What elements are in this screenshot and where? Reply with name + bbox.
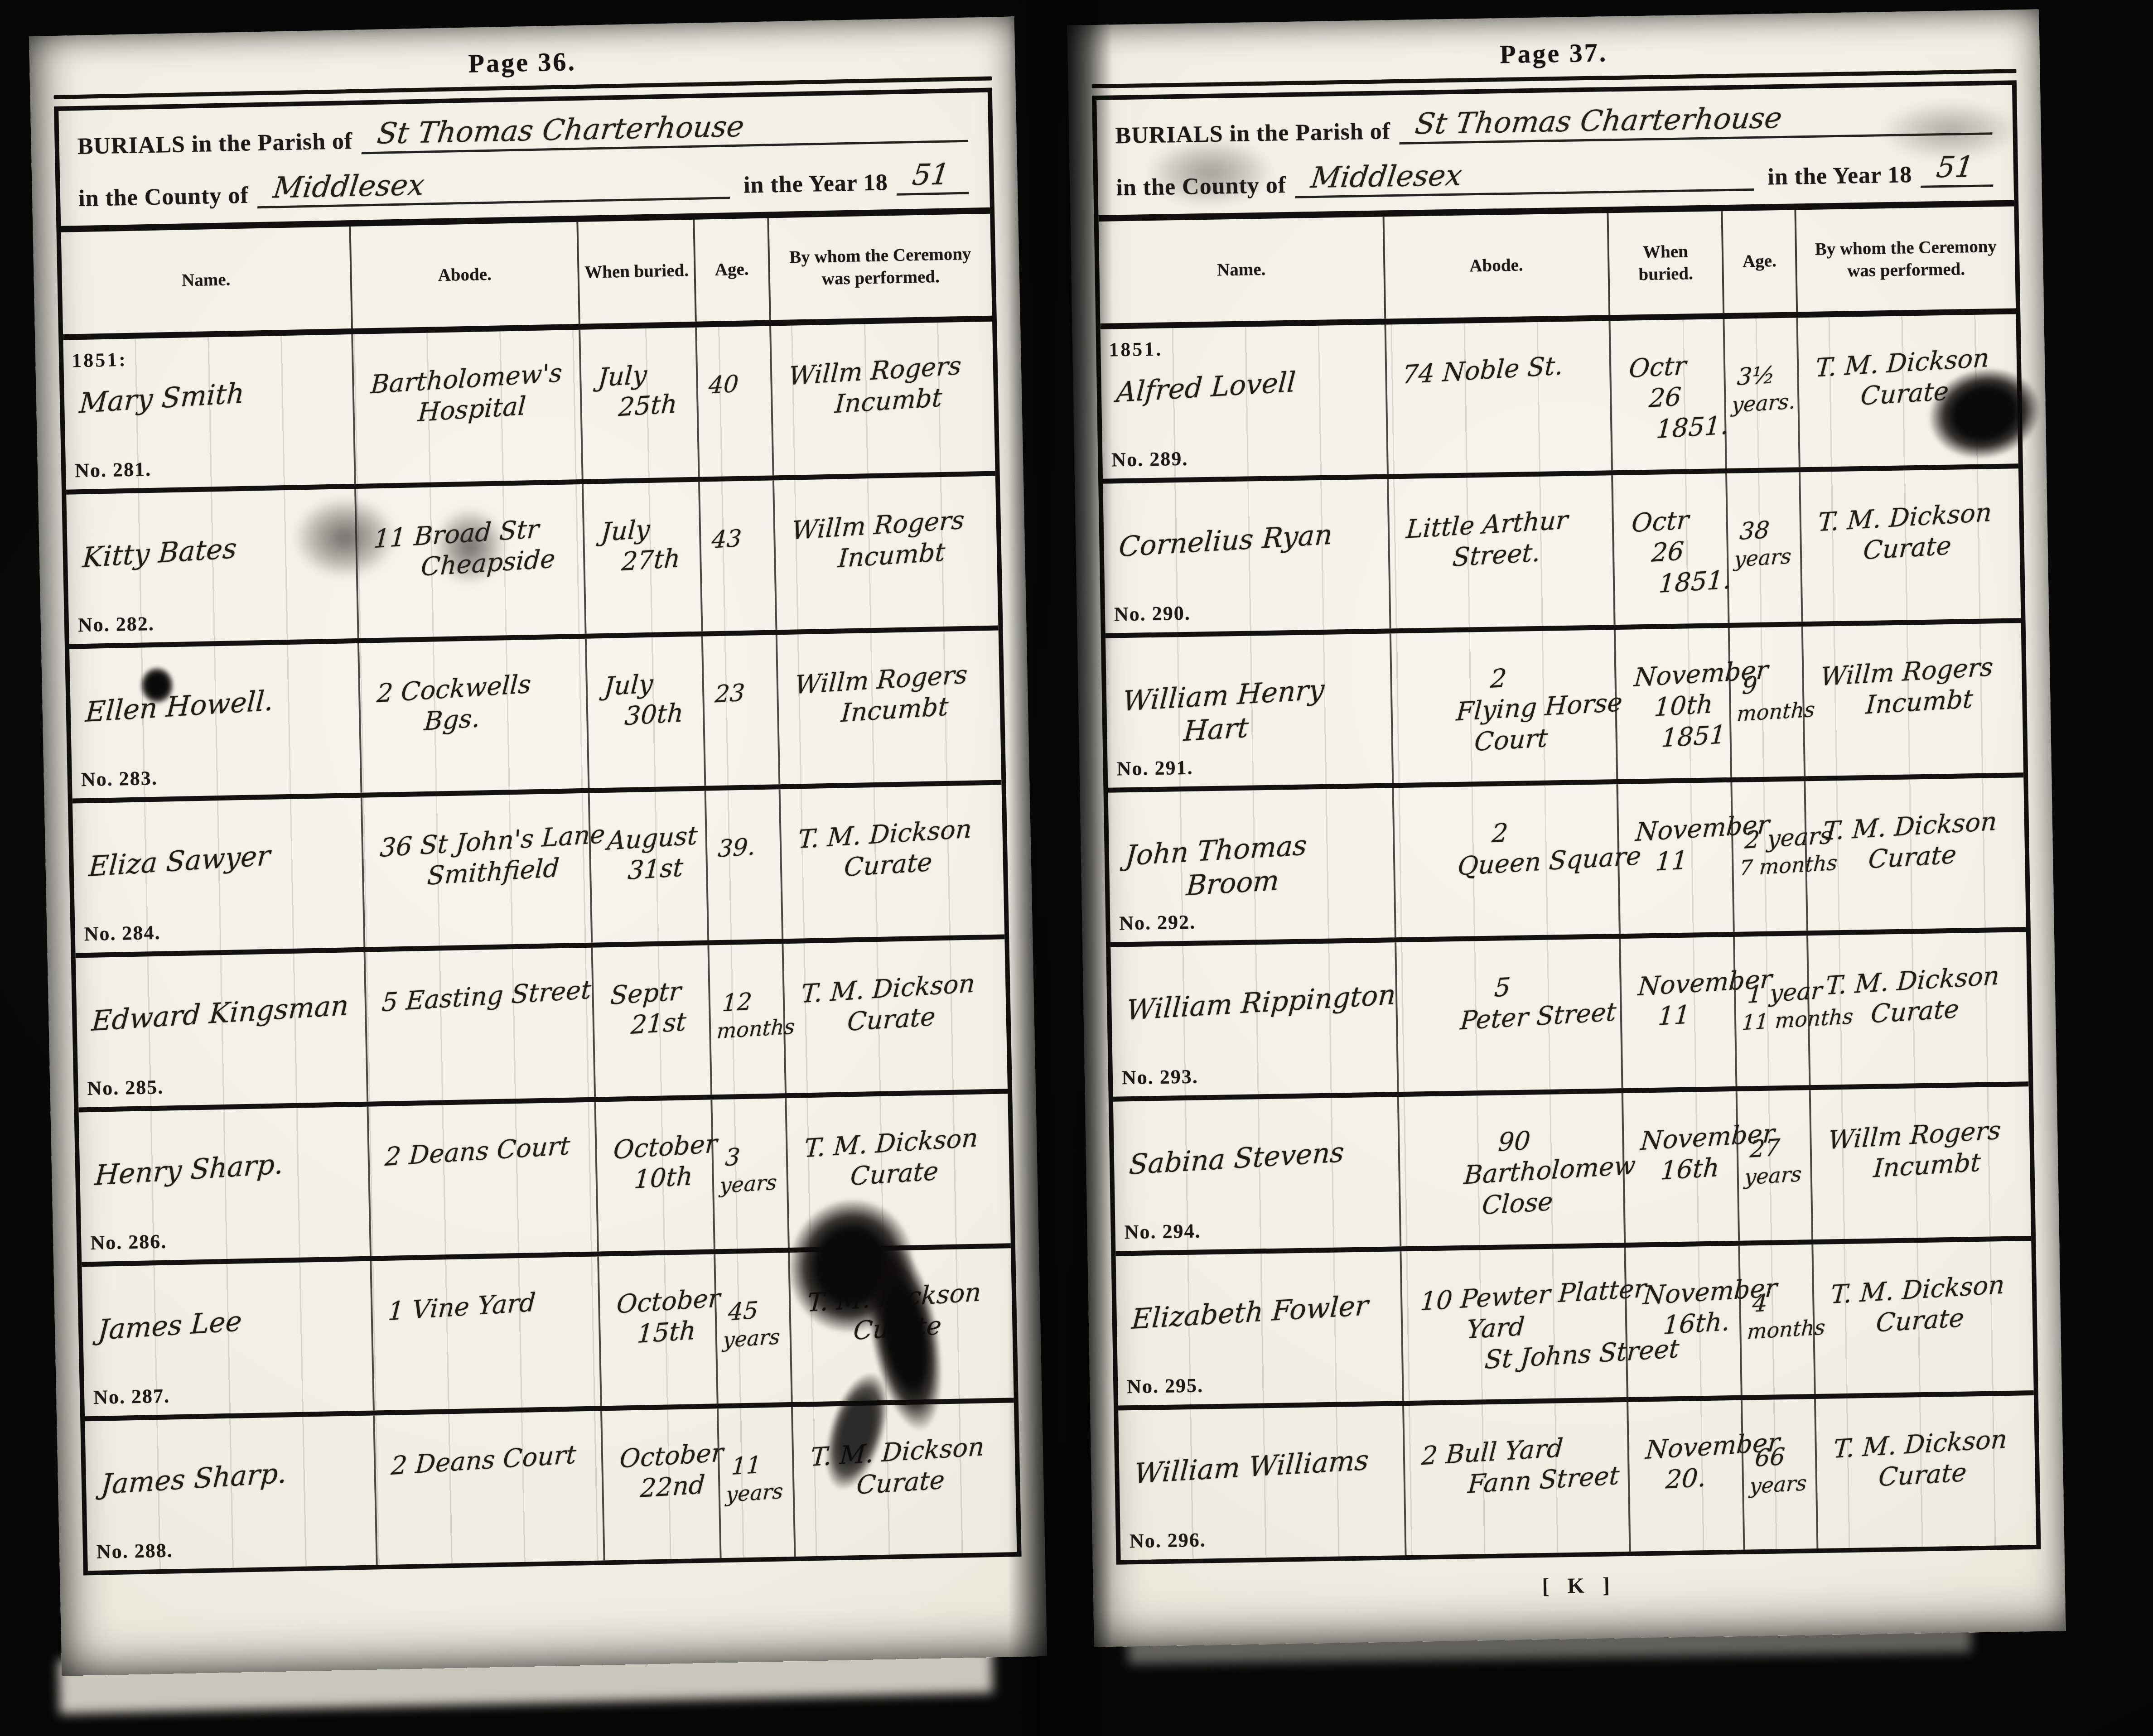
cell-name: Sabina Stevens No. 294. bbox=[1113, 1097, 1400, 1251]
when-buried-value: November11 bbox=[1618, 934, 1737, 1039]
abode-value: 74 Noble St. bbox=[1385, 316, 1611, 397]
handwritten-text-line: Queen Square bbox=[1456, 843, 1611, 882]
cell-abode: 2 Deans Court bbox=[373, 1411, 603, 1565]
when-buried-value: October15th bbox=[597, 1251, 717, 1357]
cell-age: 38years bbox=[1725, 472, 1801, 623]
handwritten-text-line: Edward Kingsman bbox=[91, 988, 359, 1038]
cell-when-buried: November11 bbox=[1619, 937, 1736, 1088]
column-header-name: Name. bbox=[1099, 217, 1384, 323]
handwritten-text-line: 40 bbox=[708, 368, 765, 400]
handwritten-text-line: 27 bbox=[1749, 1132, 1805, 1164]
cell-when-buried: Octr261851. bbox=[1611, 473, 1728, 625]
table-row: 1851: Mary Smith No. 281. Bartholomew'sH… bbox=[63, 322, 995, 495]
cell-when-buried: July25th bbox=[579, 328, 698, 479]
age-value: 27years bbox=[1735, 1088, 1813, 1195]
cell-age: 3½years. bbox=[1723, 318, 1799, 468]
cell-abode: 2Flying HorseCourt bbox=[1389, 630, 1616, 783]
handwritten-text-line: November bbox=[1634, 812, 1728, 849]
column-header-age: Age. bbox=[693, 218, 769, 322]
handwritten-text-line: 26 bbox=[1651, 534, 1722, 569]
handwritten-text-line: Cornelius Ryan bbox=[1118, 515, 1382, 564]
cell-when-buried: October22nd bbox=[600, 1408, 719, 1560]
abode-value: 5 Easting Street bbox=[364, 943, 594, 1024]
cell-ceremony: T. M. DicksonCurate bbox=[1814, 1395, 2036, 1548]
cell-age: 27years bbox=[1736, 1090, 1811, 1241]
handwritten-text-line: 1851 bbox=[1660, 719, 1723, 754]
cell-when-buried: November10th1851 bbox=[1613, 628, 1730, 779]
cell-ceremony: Willm RogersIncumbt bbox=[772, 476, 999, 630]
ceremony-value: T. M. DicksonCurate bbox=[782, 935, 1008, 1047]
record-number: No. 287. bbox=[93, 1384, 170, 1409]
cell-abode: 10 Pewter PlatterYardSt Johns Street bbox=[1400, 1248, 1627, 1401]
book-binding-gutter bbox=[1008, 0, 1112, 1736]
cell-ceremony: T. M. DicksonCurate bbox=[785, 1094, 1011, 1248]
handwritten-text-line: November bbox=[1633, 657, 1727, 694]
age-value: 1 year11 months bbox=[1733, 934, 1810, 1041]
handwritten-text-line: July bbox=[603, 666, 699, 703]
handwritten-text-line: Peter Street bbox=[1459, 997, 1614, 1037]
scanned-burial-register: Page 36. BURIALS in the Parish of St Tho… bbox=[0, 0, 2153, 1736]
handwritten-text-line: 43 bbox=[711, 523, 768, 555]
cell-abode: Little ArthurStreet. bbox=[1387, 475, 1614, 628]
cell-when-buried: October15th bbox=[597, 1254, 716, 1406]
cell-when-buried: Octr261851. bbox=[1608, 319, 1725, 470]
name-value: Ellen Howell. bbox=[68, 637, 360, 735]
table-row: Ellen Howell. No. 283. 2 CockwellsBgs. J… bbox=[69, 631, 1001, 804]
column-header-name: Name. bbox=[61, 227, 351, 334]
handwritten-text-line: November bbox=[1642, 1275, 1736, 1312]
ceremony-value: Willm RogersIncumbt bbox=[769, 317, 996, 429]
handwritten-text-line: 16th. bbox=[1662, 1307, 1733, 1342]
record-number: No. 291. bbox=[1116, 756, 1193, 781]
handwritten-text-line: 9 bbox=[1741, 669, 1798, 701]
name-value: Eliza Sawyer bbox=[71, 791, 363, 890]
handwritten-text-line: 74 Noble St. bbox=[1401, 348, 1604, 391]
cell-abode: Bartholomew'sHospital bbox=[351, 330, 582, 484]
year-label: in the Year 18 bbox=[1767, 161, 1912, 190]
cell-age: 23 bbox=[701, 635, 778, 786]
cell-when-buried: July30th bbox=[585, 637, 704, 788]
handwritten-text-line: William Rippington bbox=[1125, 979, 1390, 1028]
record-number: No. 288. bbox=[97, 1538, 174, 1563]
record-number: No. 289. bbox=[1111, 447, 1188, 472]
when-buried-value: July25th bbox=[579, 325, 699, 430]
table-row: Eliza Sawyer No. 284. 36 St John's LaneS… bbox=[72, 785, 1004, 958]
handwritten-text-line: 39. bbox=[717, 832, 774, 864]
cell-name: 1851: Mary Smith No. 281. bbox=[63, 334, 354, 490]
table-row: Henry Sharp. No. 286. 2 Deans Court Octo… bbox=[79, 1094, 1011, 1267]
age-value: 3½years. bbox=[1722, 316, 1800, 423]
handwritten-text-line: 3 bbox=[724, 1140, 782, 1172]
register-page-36: Page 36. BURIALS in the Parish of St Tho… bbox=[29, 17, 1047, 1676]
name-value: Mary Smith bbox=[62, 328, 354, 426]
cell-when-buried: August31st bbox=[588, 791, 707, 943]
parish-line: BURIALS in the Parish of St Thomas Chart… bbox=[1115, 98, 1995, 149]
name-value: James Sharp. bbox=[83, 1409, 376, 1508]
handwritten-text-line: 1851. bbox=[1655, 410, 1718, 445]
cell-when-buried: October10th bbox=[594, 1099, 714, 1251]
record-number: No. 284. bbox=[84, 921, 161, 945]
when-buried-value: October10th bbox=[594, 1097, 714, 1203]
cell-ceremony: T. M. DicksonCurate bbox=[788, 1248, 1014, 1402]
cell-ceremony: T. M. DicksonCurate bbox=[778, 785, 1004, 939]
cell-age: 66years bbox=[1741, 1399, 1816, 1550]
table-row: William HenryHart No. 291. 2Flying Horse… bbox=[1105, 623, 2023, 792]
handwritten-text-line: 45 bbox=[727, 1295, 785, 1327]
handwritten-text-line: 31st bbox=[627, 851, 700, 887]
name-value: Edward Kingsman bbox=[74, 946, 367, 1044]
handwritten-text-line: 38 bbox=[1739, 515, 1796, 547]
when-buried-value: November16th. bbox=[1623, 1243, 1742, 1348]
handwritten-text-line: Kitty Bates bbox=[82, 525, 350, 575]
cell-when-buried: November16th. bbox=[1624, 1246, 1741, 1397]
handwritten-text-line: 7 months bbox=[1739, 852, 1799, 881]
cell-abode: 74 Noble St. bbox=[1384, 321, 1611, 474]
register-table: BURIALS in the Parish of St Thomas Chart… bbox=[54, 88, 1022, 1576]
when-buried-value: July27th bbox=[582, 479, 702, 585]
burials-label: BURIALS in the Parish of bbox=[77, 128, 353, 160]
cell-name: Henry Sharp. No. 286. bbox=[79, 1107, 370, 1262]
cell-abode: 5Peter Street bbox=[1395, 939, 1622, 1092]
cell-name: William HenryHart No. 291. bbox=[1105, 633, 1392, 787]
name-value: Sabina Stevens bbox=[1111, 1091, 1400, 1188]
cell-ceremony: Willm RogersIncumbt bbox=[1809, 1086, 2031, 1239]
cell-ceremony: T. M. DicksonCurate bbox=[1811, 1241, 2033, 1394]
handwritten-text-line: July bbox=[600, 511, 695, 548]
table-row: James Lee No. 287. 1 Vine Yard October15… bbox=[82, 1248, 1014, 1421]
handwritten-text-line: William Williams bbox=[1133, 1442, 1398, 1491]
cell-name: William Rippington No. 293. bbox=[1110, 942, 1397, 1096]
name-value: John ThomasBroom bbox=[1105, 782, 1396, 913]
handwritten-text-line: Ellen Howell. bbox=[85, 679, 353, 729]
cell-abode: 2 Bull YardFann Street bbox=[1402, 1402, 1629, 1555]
cell-ceremony: T. M. DicksonCurate bbox=[1799, 468, 2021, 622]
name-value: Kitty Bates bbox=[65, 482, 357, 581]
handwritten-text-line: 11 bbox=[1654, 843, 1726, 878]
name-value: William Williams bbox=[1116, 1400, 1405, 1497]
name-value: William HenryHart bbox=[1103, 627, 1394, 758]
column-header-age: Age. bbox=[1721, 210, 1796, 313]
handwritten-text-line: years bbox=[722, 1324, 783, 1353]
handwritten-text-line: James Lee bbox=[97, 1297, 366, 1347]
year-handwritten: 51 bbox=[1921, 150, 1998, 188]
handwritten-text-line: 1 Vine Yard bbox=[387, 1284, 594, 1328]
when-buried-value: November16th bbox=[1621, 1089, 1739, 1194]
county-handwritten: Middlesex bbox=[1295, 154, 1758, 198]
ceremony-value: T. M. DicksonCurate bbox=[1811, 1236, 2035, 1347]
record-number: No. 295. bbox=[1127, 1374, 1204, 1398]
abode-value: 2 Deans Court bbox=[373, 1406, 603, 1488]
cell-name: Cornelius Ryan No. 290. bbox=[1103, 479, 1389, 633]
handwritten-text-line: October bbox=[613, 1129, 708, 1166]
record-number: No. 290. bbox=[1114, 602, 1191, 626]
abode-value: 2Flying HorseCourt bbox=[1388, 625, 1619, 767]
cell-name: John ThomasBroom No. 292. bbox=[1108, 788, 1395, 942]
handwritten-text-line: Octr bbox=[1631, 503, 1724, 540]
handwritten-text-line: 10th bbox=[1653, 689, 1724, 724]
when-buried-value: November20. bbox=[1626, 1398, 1745, 1503]
cell-name: James Lee No. 287. bbox=[82, 1261, 372, 1417]
register-header: BURIALS in the Parish of St Thomas Chart… bbox=[58, 92, 990, 232]
when-buried-value: August31st bbox=[588, 788, 708, 894]
handwritten-text-line: 30th bbox=[624, 697, 697, 732]
abode-value: 90BartholomewClose bbox=[1396, 1088, 1627, 1231]
handwritten-text-line: years bbox=[725, 1478, 786, 1508]
printer-plate-mark: [ K ] bbox=[1093, 1565, 2065, 1606]
cell-name: James Sharp. No. 288. bbox=[85, 1416, 376, 1571]
handwritten-text-line: Octr bbox=[1628, 348, 1722, 385]
handwritten-text-line: 11 bbox=[1657, 998, 1728, 1033]
handwritten-text-line: months bbox=[716, 1015, 777, 1044]
cell-ceremony: Willm RogersIncumbt bbox=[1801, 623, 2023, 776]
table-row: Cornelius Ryan No. 290. Little ArthurStr… bbox=[1103, 468, 2021, 638]
ceremony-value: T. M. DicksonCurate bbox=[1798, 464, 2022, 575]
cell-name: 1851. Alfred Lovell No. 289. bbox=[1101, 325, 1387, 479]
column-header-ceremony: By whom the Ceremony was performed. bbox=[767, 214, 992, 320]
handwritten-text-line: Eliza Sawyer bbox=[87, 834, 356, 884]
register-table: BURIALS in the Parish of St Thomas Chart… bbox=[1092, 80, 2041, 1564]
abode-value: 2 CockwellsBgs. bbox=[357, 634, 589, 747]
when-buried-value: November10th1851 bbox=[1612, 625, 1733, 762]
age-value: 11years bbox=[716, 1405, 795, 1513]
handwritten-text-line: 21st bbox=[630, 1006, 703, 1041]
record-number: No. 282. bbox=[77, 612, 154, 637]
table-row: Kitty Bates No. 282. 11 Broad StrCheapsi… bbox=[66, 476, 998, 649]
ceremony-value: T. M. DicksonCurate bbox=[1796, 309, 2020, 421]
handwritten-text-line: 3½ bbox=[1736, 360, 1793, 392]
burials-label: BURIALS in the Parish of bbox=[1115, 118, 1391, 149]
ceremony-value: Willm RogersIncumbt bbox=[776, 626, 1002, 738]
handwritten-text-line: 25th bbox=[618, 388, 690, 424]
handwritten-text-line: October bbox=[619, 1438, 714, 1475]
handwritten-text-line: years bbox=[1744, 1161, 1804, 1190]
county-handwritten: Middlesex bbox=[257, 162, 734, 208]
handwritten-text-line: Alfred Lovell bbox=[1115, 361, 1380, 410]
record-number: No. 292. bbox=[1119, 911, 1196, 935]
handwritten-text-line: Sabina Stevens bbox=[1128, 1133, 1393, 1182]
county-label: in the County of bbox=[1116, 172, 1287, 201]
table-row: James Sharp. No. 288. 2 Deans Court Octo… bbox=[85, 1403, 1017, 1571]
ceremony-value: T. M. DicksonCurate bbox=[785, 1089, 1011, 1201]
column-headers: Name. Abode. When buried. Age. By whom t… bbox=[1099, 206, 2016, 329]
handwritten-text-line: 15th bbox=[636, 1315, 709, 1350]
year-label: in the Year 18 bbox=[743, 169, 888, 198]
cell-age: 4months bbox=[1738, 1244, 1814, 1395]
table-row: William Rippington No. 293. 5Peter Stree… bbox=[1110, 932, 2028, 1101]
column-header-ceremony: By whom the Ceremony was performed. bbox=[1794, 206, 2016, 312]
ceremony-value: Willm RogersIncumbt bbox=[772, 471, 999, 583]
record-number: No. 296. bbox=[1130, 1528, 1207, 1553]
cell-ceremony: T. M. DicksonCurate bbox=[1806, 932, 2028, 1085]
handwritten-text-line: years bbox=[1749, 1470, 1809, 1499]
record-number: No. 285. bbox=[87, 1075, 164, 1100]
cell-age: 45years bbox=[714, 1253, 791, 1403]
abode-value: 10 Pewter PlatterYardSt Johns Street bbox=[1399, 1243, 1629, 1385]
cell-age: 1 year11 months bbox=[1733, 936, 1809, 1086]
handwritten-text-line: 11 months bbox=[1741, 1007, 1801, 1036]
age-value: 43 bbox=[698, 479, 775, 560]
register-page-37: Page 37. BURIALS in the Parish of St Tho… bbox=[1067, 9, 2066, 1647]
cell-abode: 11 Broad StrCheapside bbox=[354, 484, 585, 638]
handwritten-text-line: November bbox=[1645, 1430, 1738, 1466]
name-value: Elizabeth Fowler bbox=[1114, 1245, 1403, 1342]
parish-line: BURIALS in the Parish of St Thomas Chart… bbox=[77, 106, 970, 160]
abode-value: 11 Broad StrCheapside bbox=[354, 479, 586, 592]
handwritten-text-line: 1 year bbox=[1747, 978, 1803, 1010]
name-value: Alfred Lovell bbox=[1099, 318, 1387, 415]
age-value: 66years bbox=[1740, 1397, 1818, 1504]
abode-value: 36 St John's LaneSmithfield bbox=[361, 788, 592, 901]
handwritten-text-line: July bbox=[597, 357, 692, 394]
age-value: 4months bbox=[1738, 1243, 1815, 1350]
handwritten-text-line: 16th bbox=[1660, 1152, 1731, 1187]
abode-value: 5Peter Street bbox=[1394, 934, 1622, 1046]
column-header-abode: Abode. bbox=[349, 222, 579, 328]
ceremony-value: T. M. DicksonCurate bbox=[1806, 927, 2030, 1039]
table-row: William Williams No. 296. 2 Bull YardFan… bbox=[1118, 1395, 2036, 1560]
cell-age: 12months bbox=[707, 944, 785, 1095]
cell-abode: 2 Deans Court bbox=[367, 1102, 597, 1256]
cell-age: 43 bbox=[698, 480, 776, 631]
handwritten-text-line: 22nd bbox=[639, 1469, 712, 1505]
table-row: John ThomasBroom No. 292. 2Queen Square … bbox=[1108, 777, 2026, 947]
handwritten-text-line: Elizabeth Fowler bbox=[1130, 1288, 1395, 1337]
table-row: Elizabeth Fowler No. 295. 10 Pewter Plat… bbox=[1116, 1241, 2034, 1410]
handwritten-text-line: Septr bbox=[609, 975, 705, 1012]
handwritten-text-line: Mary Smith bbox=[78, 370, 347, 420]
age-value: 9months bbox=[1728, 625, 1805, 732]
county-year-line: in the County of Middlesex in the Year 1… bbox=[78, 158, 971, 212]
age-value: 3years bbox=[710, 1096, 789, 1204]
handwritten-text-line: years bbox=[719, 1169, 780, 1199]
cell-when-buried: November16th bbox=[1621, 1091, 1738, 1243]
record-number: No. 283. bbox=[81, 767, 158, 791]
handwritten-text-line: 2 Deans Court bbox=[384, 1129, 590, 1173]
age-value: 2 years7 months bbox=[1730, 779, 1808, 886]
cell-when-buried: Septr21st bbox=[591, 945, 710, 1097]
cell-name: William Williams No. 296. bbox=[1118, 1406, 1405, 1560]
name-value: William Rippington bbox=[1109, 936, 1398, 1033]
handwritten-text-line: months bbox=[1736, 698, 1796, 727]
cell-abode: 2 CockwellsBgs. bbox=[357, 639, 588, 793]
register-rows: 1851: Mary Smith No. 281. Bartholomew'sH… bbox=[63, 322, 1017, 1571]
cell-abode: 1 Vine Yard bbox=[370, 1257, 600, 1411]
age-value: 38years bbox=[1725, 470, 1803, 577]
cell-age: 40 bbox=[695, 326, 772, 477]
cell-when-buried: July27th bbox=[582, 482, 701, 634]
table-row: Edward Kingsman No. 285. 5 Easting Stree… bbox=[76, 939, 1008, 1112]
handwritten-text-line: 23 bbox=[714, 677, 771, 709]
name-value: Henry Sharp. bbox=[77, 1100, 370, 1199]
handwritten-text-line: Henry Sharp. bbox=[94, 1143, 362, 1193]
year-group: in the Year 18 51 bbox=[1767, 150, 1996, 190]
cell-abode: 90BartholomewClose bbox=[1397, 1093, 1624, 1246]
cell-ceremony: Willm RogersIncumbt bbox=[775, 631, 1001, 785]
cell-name: Kitty Bates No. 282. bbox=[66, 489, 357, 644]
handwritten-text-line: 2 Deans Court bbox=[390, 1438, 597, 1482]
page-number: Page 37. bbox=[1067, 30, 2040, 77]
ceremony-value: Willm RogersIncumbt bbox=[1809, 1081, 2032, 1193]
age-value: 40 bbox=[695, 324, 772, 406]
handwritten-text-line: 2 years bbox=[1744, 823, 1801, 855]
handwritten-text-line: 10th bbox=[633, 1160, 706, 1196]
column-header-abode: Abode. bbox=[1382, 213, 1608, 318]
handwritten-text-line: 66 bbox=[1754, 1441, 1811, 1473]
when-buried-value: November11 bbox=[1616, 780, 1734, 885]
cell-abode: 2Queen Square bbox=[1392, 784, 1619, 937]
handwritten-text-line: years. bbox=[1731, 389, 1791, 418]
cell-abode: 5 Easting Street bbox=[363, 948, 594, 1102]
cell-age: 2 years7 months bbox=[1731, 781, 1806, 932]
record-number: No. 286. bbox=[90, 1230, 167, 1254]
abode-value: Bartholomew'sHospital bbox=[351, 325, 583, 438]
column-header-when-buried: When buried. bbox=[1607, 211, 1723, 315]
cell-ceremony: T. M. DicksonCurate bbox=[791, 1403, 1017, 1557]
cell-ceremony: T. M. DicksonCurate bbox=[1804, 777, 2026, 931]
cell-age: 9months bbox=[1728, 627, 1804, 777]
table-row: Sabina Stevens No. 294. 90BartholomewClo… bbox=[1113, 1086, 2031, 1256]
cell-name: Edward Kingsman No. 285. bbox=[76, 952, 367, 1108]
cell-age: 3years bbox=[710, 1098, 788, 1249]
ceremony-value: T. M. DicksonCurate bbox=[791, 1398, 1018, 1510]
cell-name: Elizabeth Fowler No. 295. bbox=[1116, 1251, 1402, 1405]
when-buried-value: Octr261851. bbox=[1608, 316, 1728, 453]
record-number: No. 293. bbox=[1122, 1065, 1199, 1090]
ceremony-value: T. M. DicksonCurate bbox=[788, 1243, 1014, 1355]
age-value: 23 bbox=[701, 633, 778, 715]
handwritten-text-line: November bbox=[1637, 966, 1731, 1003]
handwritten-text-line: months bbox=[1747, 1316, 1806, 1345]
cell-name: Eliza Sawyer No. 284. bbox=[72, 798, 363, 953]
ceremony-value: Willm RogersIncumbt bbox=[1801, 618, 2025, 730]
abode-value: Little ArthurStreet. bbox=[1386, 470, 1615, 582]
handwritten-text-line: James Sharp. bbox=[100, 1451, 369, 1502]
cell-abode: 36 St John's LaneSmithfield bbox=[361, 793, 591, 947]
abode-value: 1 Vine Yard bbox=[371, 1252, 600, 1333]
abode-value: 2 Deans Court bbox=[367, 1097, 597, 1179]
column-headers: Name. Abode. When buried. Age. By whom t… bbox=[61, 214, 992, 340]
handwritten-text-line: 11 bbox=[730, 1449, 788, 1481]
register-rows: 1851. Alfred Lovell No. 289. 74 Noble St… bbox=[1101, 314, 2037, 1560]
abode-value: 2Queen Square bbox=[1391, 779, 1620, 891]
age-value: 39. bbox=[705, 787, 782, 869]
name-value: James Lee bbox=[80, 1255, 372, 1353]
handwritten-text-line: 5 Easting Street bbox=[381, 975, 587, 1019]
parish-handwritten: St Thomas Charterhouse bbox=[1399, 98, 1997, 145]
ceremony-value: T. M. DicksonCurate bbox=[1814, 1390, 2037, 1502]
parish-handwritten: St Thomas Charterhouse bbox=[361, 105, 972, 154]
age-value: 12months bbox=[707, 942, 786, 1049]
handwritten-text-line: November bbox=[1639, 1121, 1733, 1157]
handwritten-text-line: years bbox=[1733, 543, 1793, 572]
column-header-when-buried: When buried. bbox=[577, 220, 695, 324]
abode-value: 2 Bull YardFann Street bbox=[1402, 1397, 1630, 1509]
record-number: No. 294. bbox=[1124, 1220, 1201, 1244]
handwritten-text-line: 4 bbox=[1752, 1287, 1808, 1319]
table-row: 1851. Alfred Lovell No. 289. 74 Noble St… bbox=[1101, 314, 2018, 483]
handwritten-text-line: 20. bbox=[1665, 1461, 1736, 1496]
cell-ceremony: Willm RogersIncumbt bbox=[769, 322, 995, 476]
cell-age: 39. bbox=[704, 789, 782, 940]
handwritten-text-line: 26 bbox=[1648, 380, 1719, 415]
register-header: BURIALS in the Parish of St Thomas Chart… bbox=[1096, 85, 2014, 221]
handwritten-text-line: 27th bbox=[621, 543, 694, 578]
record-number: No. 281. bbox=[75, 458, 152, 482]
year-handwritten: 51 bbox=[897, 157, 974, 195]
handwritten-text-line: 12 bbox=[721, 986, 778, 1018]
cell-ceremony: T. M. DicksonCurate bbox=[782, 939, 1008, 1093]
county-year-line: in the County of Middlesex in the Year 1… bbox=[1116, 150, 1996, 201]
